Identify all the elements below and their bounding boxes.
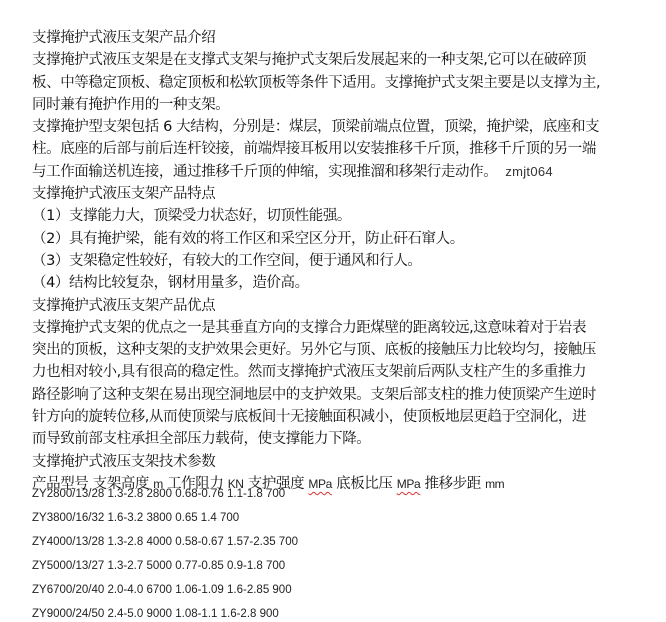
header-step-unit: mm	[485, 477, 504, 491]
intro-line: 同时兼有掩护作用的一种支架。	[32, 94, 592, 116]
spec-row: ZY2800/13/28 1.3-2.8 2800 0.68-0.76 1.1-…	[32, 482, 298, 506]
intro-line: 支撑掩护式液压支架是在支撑式支架与掩护式支架后发展起来的一种支架,它可以在破碎顶	[32, 49, 592, 71]
feature-item: （2）具有掩护梁，能有效的将工作区和采空区分开，防止矸石窜人。	[32, 228, 592, 250]
specs-heading: 支撑掩护式液压支架技术参数	[32, 451, 592, 473]
spec-row: ZY3800/16/32 1.6-3.2 3800 0.65 1.4 700	[32, 506, 298, 530]
feature-item: （1）支撑能力大，顶梁受力状态好，切顶性能强。	[32, 205, 592, 227]
advantages-heading: 支撑掩护式液压支架产品优点	[32, 295, 592, 317]
feature-item: （3）支架稳定性较好，有较大的工作空间，便于通风和行人。	[32, 250, 592, 272]
intro-line: 板、中等稳定顶板、稳定顶板和松软顶板等条件下适用。支撑掩护式支架主要是以支撑为主…	[32, 72, 592, 94]
advantages-line: 突出的顶板，这种支架的支护效果会更好。另外它与顶、底板的接触压力比较均匀，接触压	[32, 339, 592, 361]
intro-line: 与工作面输送机连接，通过推移千斤顶的伸缩，实现推溜和移架行走动作。	[32, 164, 497, 180]
intro-line-with-tag: 与工作面输送机连接，通过推移千斤顶的伸缩，实现推溜和移架行走动作。zmjt064	[32, 161, 592, 183]
advantages-line: 而导致前部支柱承担全部压力载荷，使支撑能力下降。	[32, 428, 592, 450]
advantages-line: 针方向的旋转位移,从而使顶梁与底板间十无接触面积减小，使顶板地层更趋于空洞化，进	[32, 406, 592, 428]
spec-row: ZY5000/13/27 1.3-2.7 5000 0.77-0.85 0.9-…	[32, 554, 298, 578]
features-heading: 支撑掩护式液压支架产品特点	[32, 183, 592, 205]
spec-row: ZY4000/13/28 1.3-2.8 4000 0.58-0.67 1.57…	[32, 530, 298, 554]
header-support-strength-unit: MPa	[308, 477, 331, 491]
advantages-line: 力也相对较小,具有很高的稳定性。然而支撑掩护式液压支架前后两队支柱产生的多重推力	[32, 361, 592, 383]
spec-row: ZY6700/20/40 2.0-4.0 6700 1.06-1.09 1.6-…	[32, 578, 298, 602]
intro-heading: 支撑掩护式液压支架产品介绍	[32, 27, 592, 49]
specs-table: ZY2800/13/28 1.3-2.8 2800 0.68-0.76 1.1-…	[32, 482, 298, 622]
spec-row: ZY9000/24/50 2.4-5.0 9000 1.08-1.1 1.6-2…	[32, 602, 298, 622]
advantages-line: 支撑掩护式支架的优点之一是其垂直方向的支撑合力距煤壁的距离较远,这意味着对于岩表	[32, 317, 592, 339]
header-floor-pressure: 底板比压	[336, 476, 392, 492]
intro-line: 支撑掩护型支架包括 6 大结构，分别是：煤层，顶梁前端点位置，顶梁，掩护梁，底座…	[32, 116, 592, 138]
intro-line: 柱。底座的后部与前后连杆铰接，前端焊接耳板用以安装推移千斤顶，推移千斤顶的另一端	[32, 138, 592, 160]
header-floor-pressure-unit: MPa	[397, 477, 420, 491]
header-step: 推移步距	[424, 476, 480, 492]
document-body: 支撑掩护式液压支架产品介绍 支撑掩护式液压支架是在支撑式支架与掩护式支架后发展起…	[32, 27, 592, 495]
feature-item: （4）结构比较复杂，钢材用量多，造价高。	[32, 272, 592, 294]
product-code-tag: zmjt064	[505, 164, 553, 179]
advantages-line: 路径影响了这种支架在易出现空洞地层中的支护效果。支架后部支柱的推力使顶梁产生逆时	[32, 384, 592, 406]
